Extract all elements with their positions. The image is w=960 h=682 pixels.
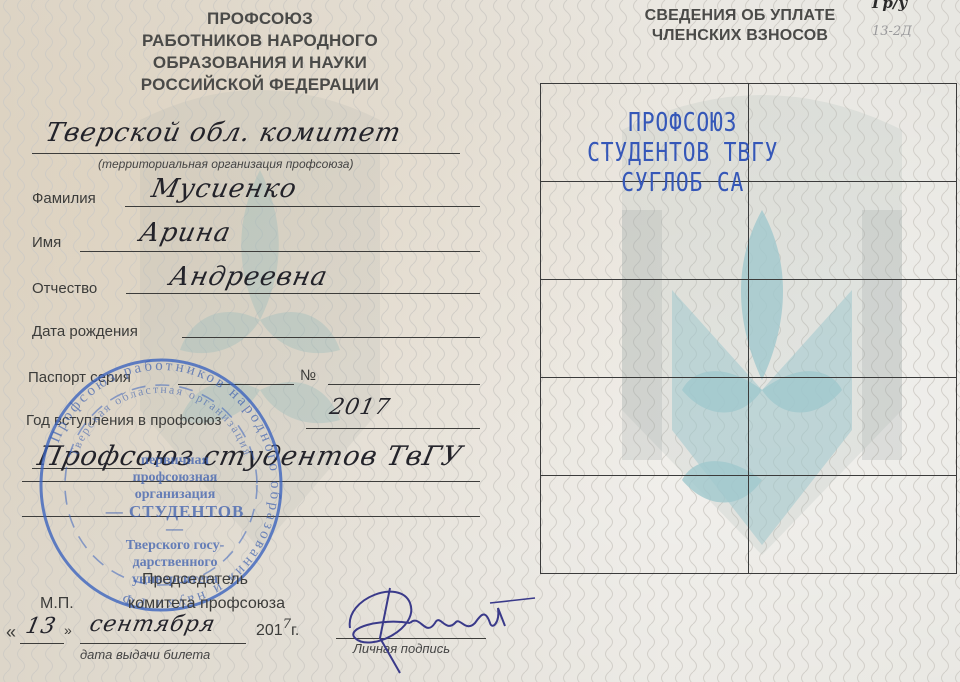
header-line: ОБРАЗОВАНИЯ И НАУКИ: [110, 52, 410, 74]
issue-day-line: [20, 643, 64, 644]
birth-date-label: Дата рождения: [32, 323, 138, 340]
corner-pencil-note: 13-2Д: [872, 24, 912, 39]
surname-label: Фамилия: [32, 190, 96, 207]
quote-open: «: [6, 622, 16, 643]
header-line: ПРОФСОЮЗ: [110, 8, 410, 30]
header-line: СВЕДЕНИЯ ОБ УПЛАТЕ: [610, 6, 870, 26]
table-cell: [541, 476, 749, 574]
table-cell: [749, 476, 957, 574]
organization-value: Тверской обл. комитет: [43, 118, 404, 148]
union-card-page: ПРОФСОЮЗ РАБОТНИКОВ НАРОДНОГО ОБРАЗОВАНИ…: [0, 0, 960, 682]
table-cell: [749, 280, 957, 378]
patronymic-value: Андреевна: [167, 262, 331, 292]
year-suffix: 7: [283, 617, 291, 632]
chairman-committee-label: комитета профсоюза: [128, 595, 285, 613]
stamp-line: СТУДЕНТОВ ТВГУ: [572, 138, 793, 168]
birth-date-line: [182, 337, 480, 338]
join-year-value: 2017: [327, 395, 392, 420]
organization-line: [32, 153, 460, 154]
header-line: ЧЛЕНСКИХ ВЗНОСОВ: [610, 26, 870, 46]
first-name-label: Имя: [32, 234, 61, 251]
quote-close: »: [64, 622, 72, 638]
seal-line: дарственного: [95, 554, 255, 571]
organization-caption: (территориальная организация профсоюза): [98, 157, 353, 171]
passport-number-line: [328, 384, 480, 385]
table-row: [541, 280, 957, 378]
stamp-line: ПРОФСОЮЗ: [572, 108, 793, 138]
year-prefix: 201: [256, 622, 283, 639]
issue-month-value: сентября: [87, 612, 218, 637]
table-row: [541, 476, 957, 574]
table-cell: [541, 280, 749, 378]
chairman-signature: [340, 578, 540, 678]
issue-date-caption: дата выдачи билета: [80, 647, 210, 662]
issue-day-value: 13: [23, 614, 58, 639]
stamp-line: СУГЛОБ СА: [572, 168, 793, 198]
header-line: РАБОТНИКОВ НАРОДНОГО: [110, 30, 410, 52]
surname-value: Мусиенко: [149, 174, 300, 204]
union-name-header: ПРОФСОЮЗ РАБОТНИКОВ НАРОДНОГО ОБРАЗОВАНИ…: [110, 8, 410, 96]
issue-year: 2017г.: [256, 622, 299, 640]
year-unit: г.: [291, 622, 299, 639]
corner-ink-note: Гр/у: [872, 0, 907, 12]
first-name-value: Арина: [137, 218, 234, 248]
issue-month-line: [80, 643, 246, 644]
table-row: [541, 378, 957, 476]
seal-line: организация: [95, 486, 255, 503]
surname-line: [125, 206, 480, 207]
round-seal-center-text: первичная профсоюзная организация — СТУД…: [95, 452, 255, 588]
seal-line: профсоюзная: [95, 469, 255, 486]
table-cell: [749, 378, 957, 476]
passport-number-label: №: [300, 367, 316, 384]
seal-place-label: М.П.: [40, 595, 74, 613]
seal-line: первичная: [95, 452, 255, 469]
join-year-line: [306, 428, 480, 429]
table-cell: [541, 378, 749, 476]
rectangular-stamp: ПРОФСОЮЗ СТУДЕНТОВ ТВГУ СУГЛОБ СА: [572, 108, 793, 198]
header-line: РОССИЙСКОЙ ФЕДЕРАЦИИ: [110, 74, 410, 96]
first-name-line: [80, 251, 480, 252]
patronymic-label: Отчество: [32, 280, 97, 297]
fees-section-header: СВЕДЕНИЯ ОБ УПЛАТЕ ЧЛЕНСКИХ ВЗНОСОВ: [610, 6, 870, 46]
patronymic-line: [126, 293, 480, 294]
seal-line: — СТУДЕНТОВ —: [95, 503, 255, 537]
seal-line: Тверского госу-: [95, 537, 255, 554]
chairman-label: Председатель: [142, 571, 248, 589]
